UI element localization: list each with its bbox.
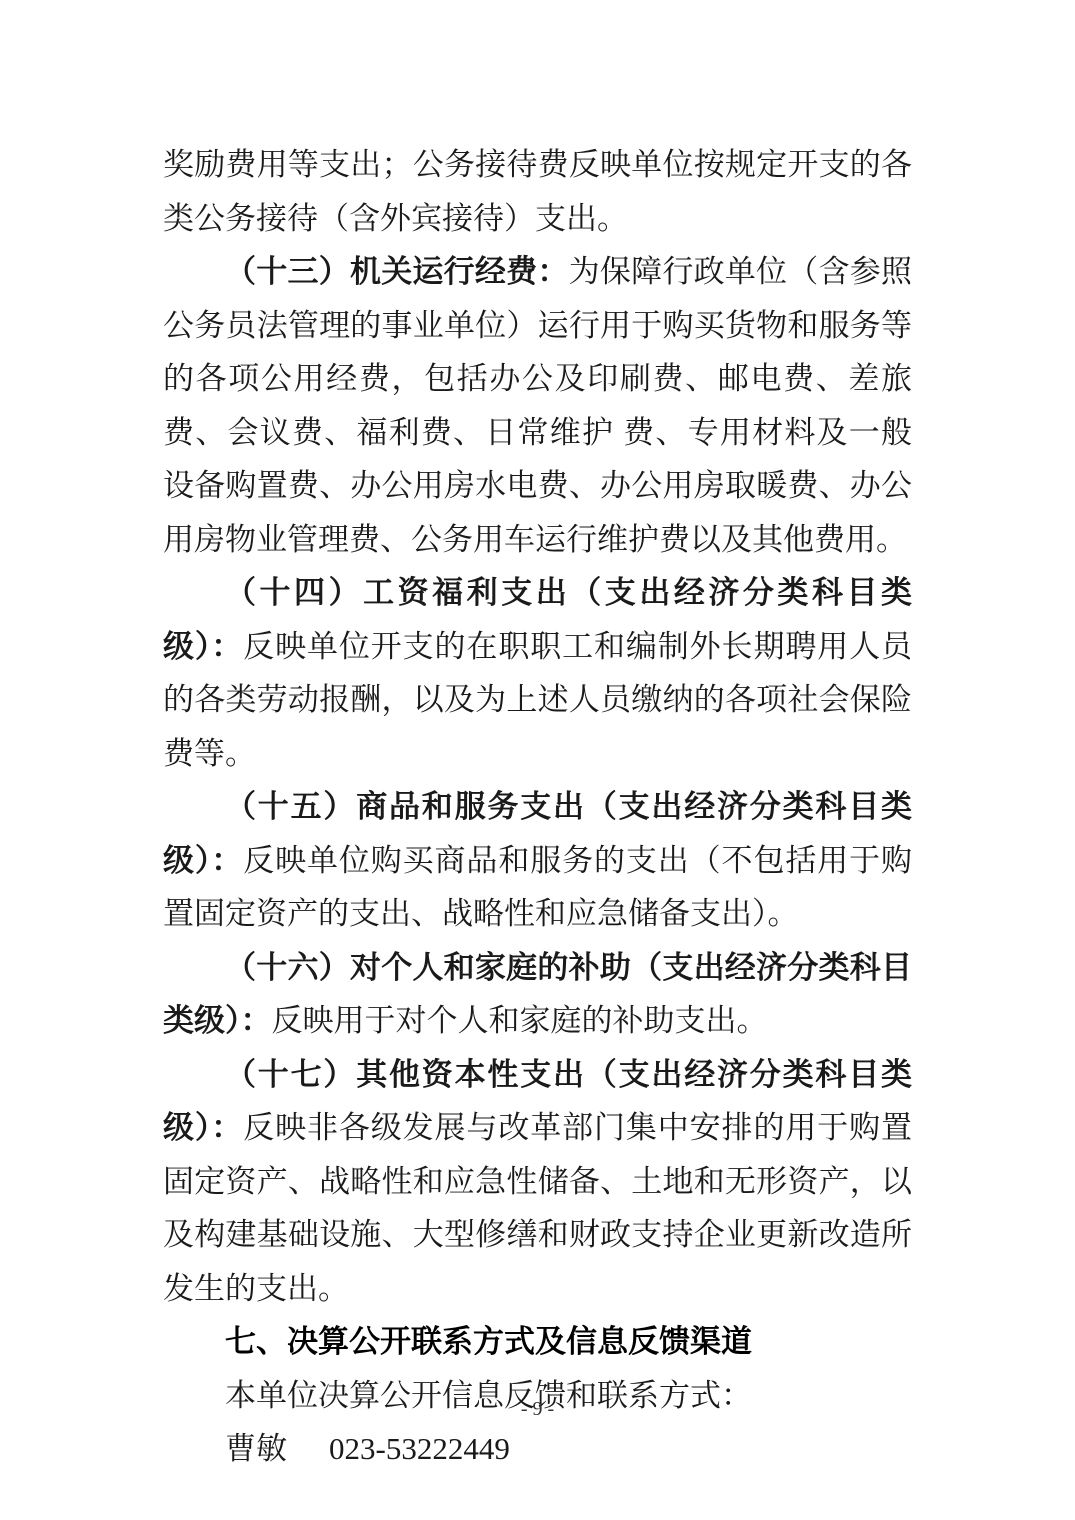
para-item-13-text: 为保障行政单位（含参照公务员法管理的事业单位）运行用于购买货物和服务等的各项公用… [163, 254, 912, 557]
contact-line: 曹敏023-53222449 [163, 1422, 912, 1476]
contact-name: 曹敏 [225, 1431, 287, 1466]
para-item-17: （十七）其他资本性支出（支出经济分类科目类级）：反映非各级发展与改革部门集中安排… [163, 1048, 912, 1316]
para-item-13-lead: （十三）机关运行经费： [225, 254, 569, 289]
para-item-16: （十六）对个人和家庭的补助（支出经济分类科目类级）：反映用于对个人和家庭的补助支… [163, 941, 912, 1048]
para-item-15-text: 反映单位购买商品和服务的支出（不包括用于购置固定资产的支出、战略性和应急储备支出… [163, 843, 912, 932]
para-item-17-text: 反映非各级发展与改革部门集中安排的用于购置固定资产、战略性和应急性储备、土地和无… [163, 1110, 912, 1306]
para-item-13: （十三）机关运行经费：为保障行政单位（含参照公务员法管理的事业单位）运行用于购买… [163, 245, 912, 566]
para-item-15: （十五）商品和服务支出（支出经济分类科目类级）：反映单位购买商品和服务的支出（不… [163, 780, 912, 941]
section-heading: 七、决算公开联系方式及信息反馈渠道 [163, 1315, 912, 1369]
page-content: 奖励费用等支出；公务接待费反映单位按规定开支的各类公务接待（含外宾接待）支出。 … [163, 138, 912, 1476]
page-number: - 9 - [0, 1398, 1075, 1421]
para-continuation: 奖励费用等支出；公务接待费反映单位按规定开支的各类公务接待（含外宾接待）支出。 [163, 138, 912, 245]
para-item-14: （十四）工资福利支出（支出经济分类科目类级）：反映单位开支的在职职工和编制外长期… [163, 566, 912, 780]
para-continuation-text: 奖励费用等支出；公务接待费反映单位按规定开支的各类公务接待（含外宾接待）支出。 [163, 147, 912, 236]
para-item-14-text: 反映单位开支的在职职工和编制外长期聘用人员的各类劳动报酬，以及为上述人员缴纳的各… [163, 629, 912, 771]
para-item-16-text: 反映用于对个人和家庭的补助支出。 [272, 1003, 768, 1038]
document-page: 奖励费用等支出；公务接待费反映单位按规定开支的各类公务接待（含外宾接待）支出。 … [0, 0, 1075, 1520]
contact-phone: 023-53222449 [329, 1431, 510, 1466]
